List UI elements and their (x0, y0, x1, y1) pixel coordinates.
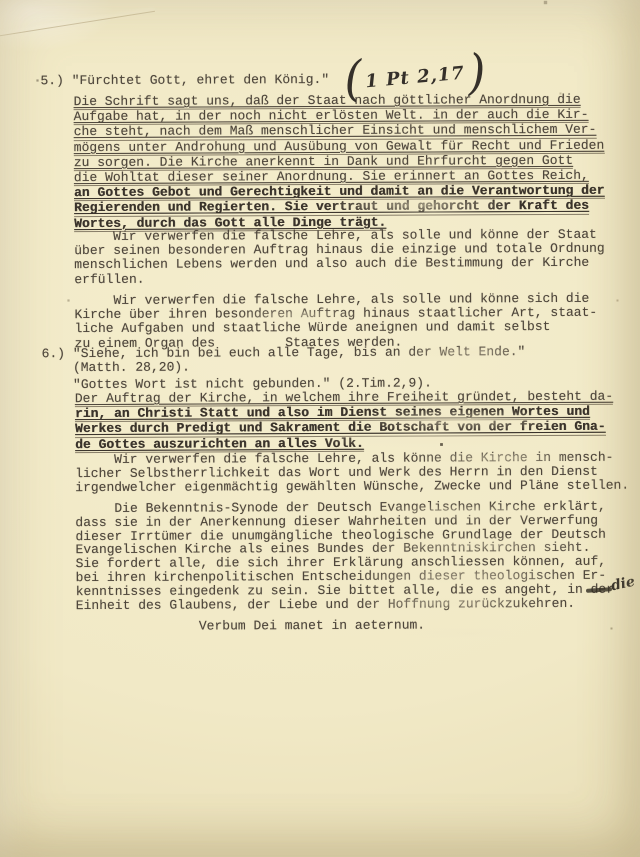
text-line-content: (Matth. 28,20). (42, 360, 190, 376)
text-line-content: 5.) "Fürchtet Gott, ehret den König." (40, 72, 329, 88)
text-line-content: erfüllen. (74, 271, 144, 286)
text-line-content: Einheit des Glaubens, der Liebe und der … (76, 595, 575, 612)
thesis-6-heading: 6.) "Siehe, ich bin bei euch alle Tage, … (42, 345, 526, 393)
text-line-content: Verbum Dei manet in aeternum. (199, 618, 425, 634)
synod-declaration: Die Bekenntnis-Synode der Deutsch Evange… (75, 500, 614, 613)
paper-specks (0, 0, 1, 1)
thesis-5-heading: 5.) "Fürchtet Gott, ehret den König." (40, 73, 329, 88)
thesis-5-rejection-1: Wir verwerfen die falsche Lehre, als sol… (74, 228, 605, 287)
thesis-6-affirmation: Der Auftrag der Kirche, in welchem ihre … (75, 390, 614, 453)
text-line-content: irgendwelcher eigenmächtig gewählten Wün… (75, 478, 629, 495)
typewritten-text-layer: 5.) "Fürchtet Gott, ehret den König."Die… (0, 0, 640, 857)
text-line: 6.) "Siehe, ich bin bei euch alle Tage, … (42, 345, 526, 361)
closing-motto: Verbum Dei manet in aeternum. (199, 619, 425, 634)
text-line-content: 6.) "Siehe, ich bin bei euch alle Tage, … (42, 344, 526, 361)
thesis-6-rejection: Wir verwerfen die falsche Lehre, als kön… (75, 451, 629, 496)
text-line: 5.) "Fürchtet Gott, ehret den König." (40, 73, 329, 88)
text-line: erfüllen. (74, 270, 605, 287)
scripture-ref-open-paren: ( (343, 54, 363, 103)
text-line-content: menschlichen Lebens werden und also auch… (74, 255, 589, 272)
text-line: menschlichen Lebens werden und also auch… (74, 256, 605, 273)
scripture-ref-close-paren: ) (466, 47, 486, 96)
thesis-5-rejection-2: Wir verwerfen die falsche Lehre, als sol… (74, 292, 597, 351)
scripture-ref-text: 1 Pt 2,17 (361, 62, 468, 92)
text-line: (Matth. 28,20). (42, 359, 526, 375)
text-line: irgendwelcher eigenmächtig gewählten Wün… (75, 479, 629, 496)
handwritten-scripture-reference: ( 1 Pt 2,17 ) (343, 48, 487, 101)
scanned-document-page: 5.) "Fürchtet Gott, ehret den König."Die… (0, 0, 640, 857)
text-line: Einheit des Glaubens, der Liebe und der … (76, 596, 614, 612)
thesis-5-affirmation: Die Schrift sagt uns, daß der Staat nach… (74, 93, 605, 232)
text-line: Verbum Dei manet in aeternum. (199, 619, 425, 634)
